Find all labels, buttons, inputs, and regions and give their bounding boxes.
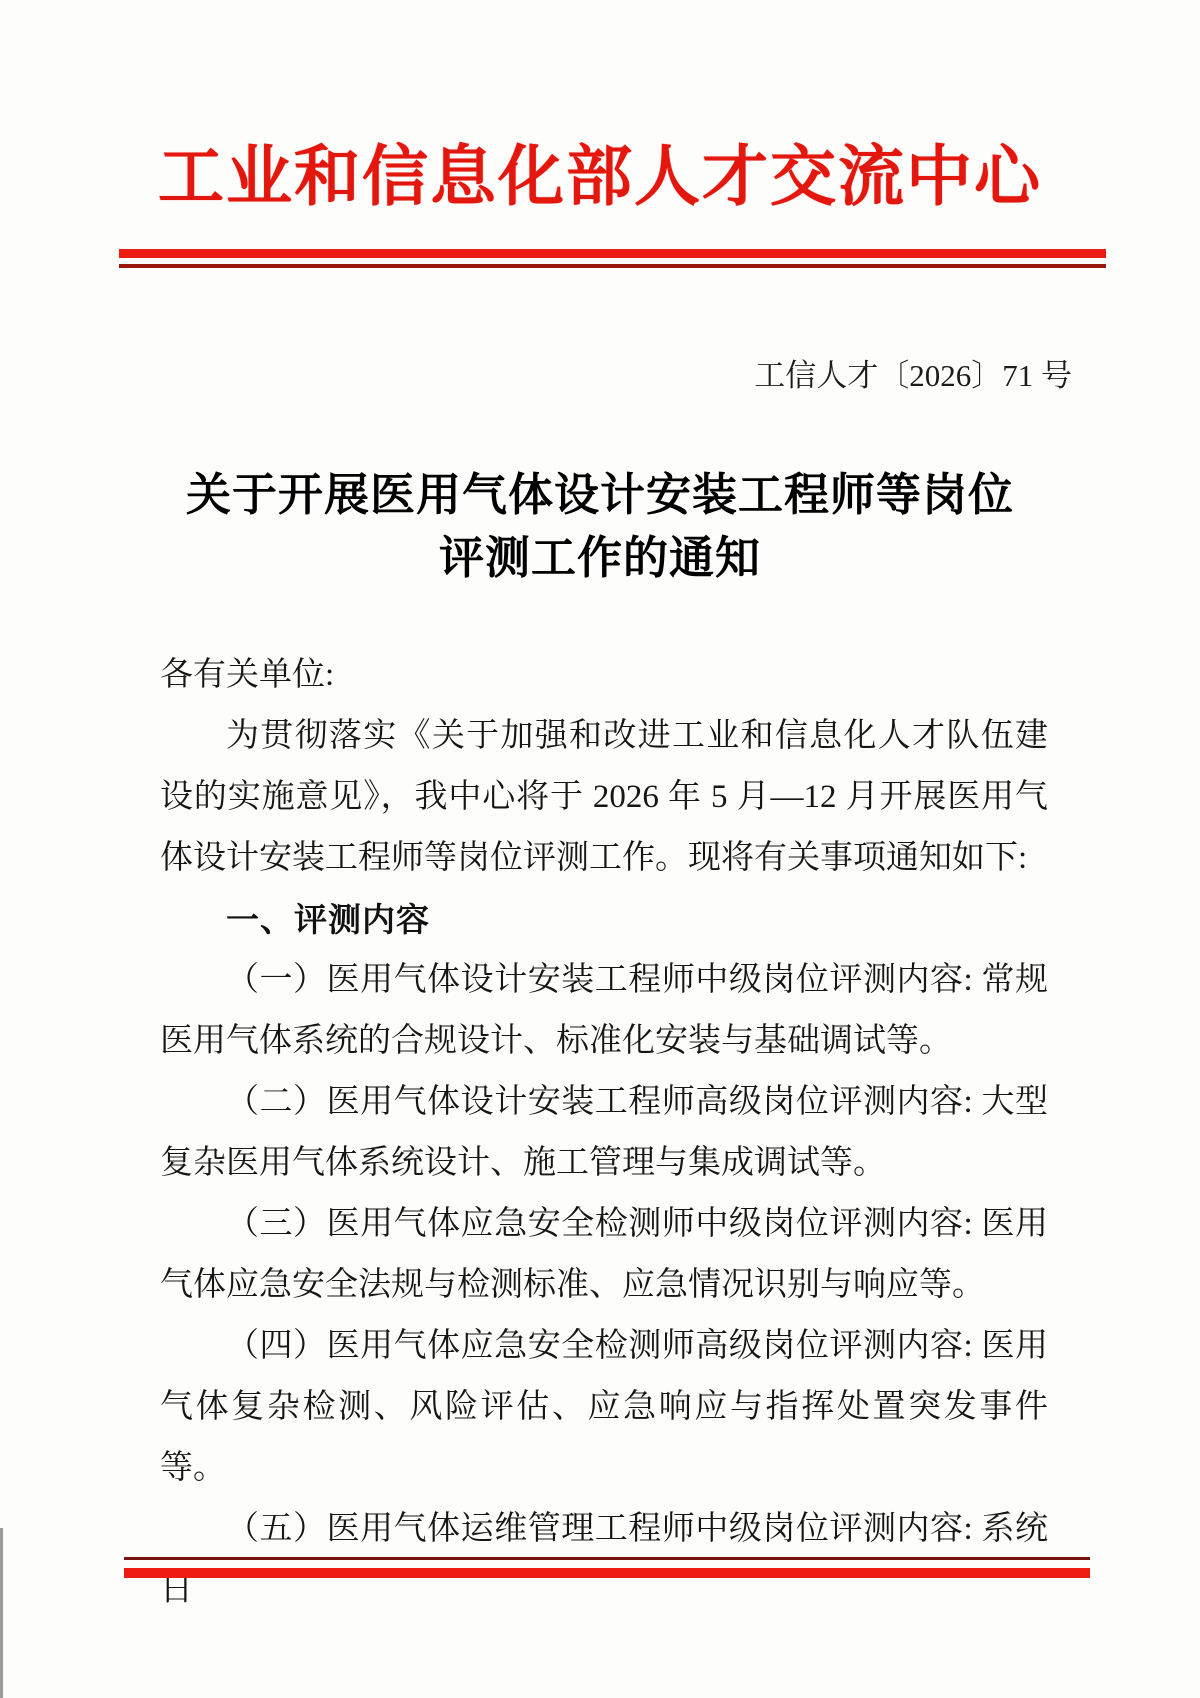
item-paragraph-4: （四）医用气体应急安全检测师高级岗位评测内容: 医用气体复杂检测、风险评估、应急… <box>160 1316 1048 1499</box>
official-notice-page: 工业和信息化部人才交流中心 工信人才〔2026〕71 号 关于开展医用气体设计安… <box>0 0 1200 1698</box>
salutation: 各有关单位: <box>160 645 1048 706</box>
document-number: 工信人才〔2026〕71 号 <box>0 356 1200 396</box>
item-paragraph-1: （一）医用气体设计安装工程师中级岗位评测内容: 常规医用气体系统的合规设计、标准… <box>160 950 1048 1072</box>
item-paragraph-2: （二）医用气体设计安装工程师高级岗位评测内容: 大型复杂医用气体系统设计、施工管… <box>160 1072 1048 1194</box>
section-heading-evaluation-content: 一、评测内容 <box>160 889 1048 950</box>
notice-body: 各有关单位: 为贯彻落实《关于加强和改进工业和信息化人才队伍建设的实施意见》，我… <box>160 645 1048 1621</box>
notice-title: 关于开展医用气体设计安装工程师等岗位 评测工作的通知 <box>0 464 1200 590</box>
intro-paragraph: 为贯彻落实《关于加强和改进工业和信息化人才队伍建设的实施意见》，我中心将于 20… <box>160 706 1048 889</box>
rule-thick <box>119 249 1106 258</box>
notice-title-line1: 关于开展医用气体设计安装工程师等岗位 <box>0 464 1200 527</box>
notice-title-line2: 评测工作的通知 <box>0 527 1200 590</box>
rule-thick <box>124 1568 1090 1578</box>
footer-double-rule <box>124 1557 1090 1578</box>
item-paragraph-3: （三）医用气体应急安全检测师中级岗位评测内容: 医用气体应急安全法规与检测标准、… <box>160 1194 1048 1316</box>
letterhead-double-rule <box>119 249 1106 268</box>
scan-artifact-line <box>0 1528 3 1698</box>
rule-thin <box>119 264 1106 268</box>
letterhead-org-name: 工业和信息化部人才交流中心 <box>0 128 1200 228</box>
